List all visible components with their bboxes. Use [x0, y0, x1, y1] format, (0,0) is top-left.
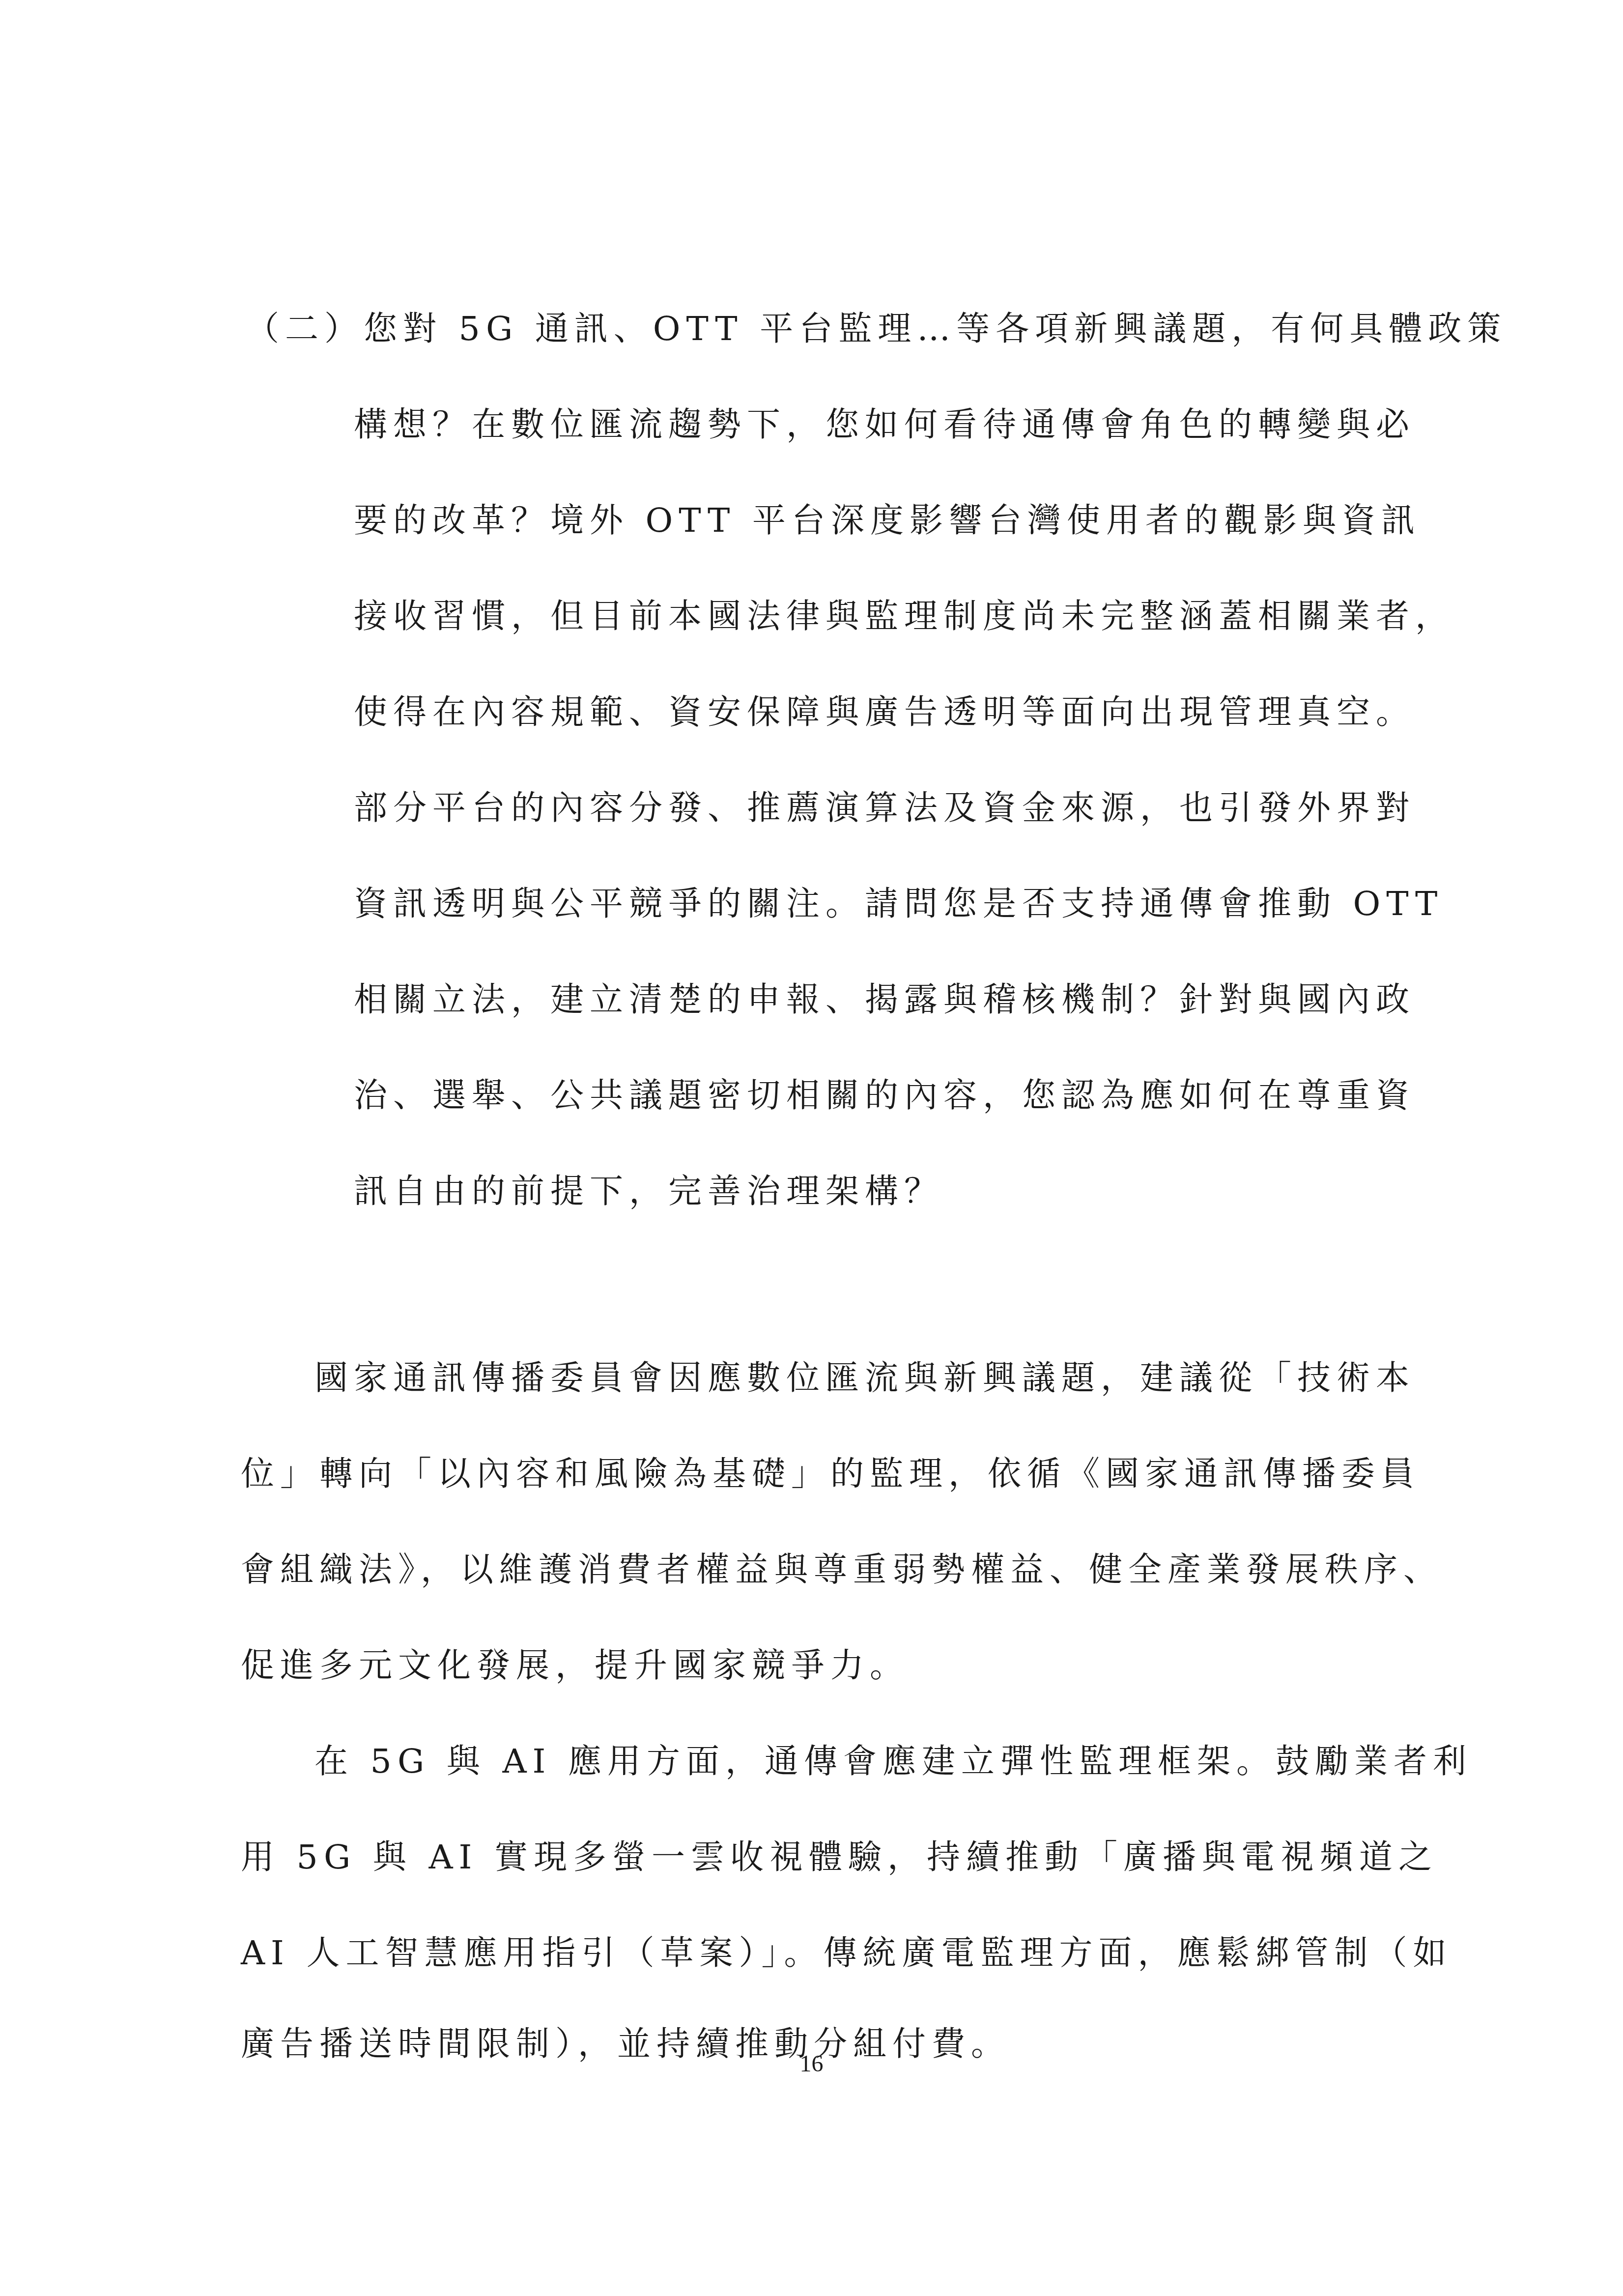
question-line: 接收習慣，但目前本國法律與監理制度尚未完整涵蓋相關業者， [354, 592, 1454, 641]
question-line: （二）您對 5G 通訊、OTT 平台監理…等各項新興議題，有何具體政策 [246, 305, 1507, 354]
answer-line: AI 人工智慧應用指引（草案）」。傳統廣電監理方面，應鬆綁管制（如 [241, 1929, 1452, 1978]
question-line: 要的改革？境外 OTT 平台深度影響台灣使用者的觀影與資訊 [354, 496, 1421, 545]
question-line: 相關立法，建立清楚的申報、揭露與稽核機制？針對與國內政 [354, 976, 1415, 1025]
question-line: 資訊透明與公平競爭的關注。請問您是否支持通傳會推動 OTT [354, 880, 1443, 929]
answer-line: 國家通訊傳播委員會因應數位匯流與新興議題，建議從「技術本 [314, 1354, 1415, 1403]
question-line: 使得在內容規範、資安保障與廣告透明等面向出現管理真空。 [354, 688, 1415, 737]
question-line: 治、選舉、公共議題密切相關的內容，您認為應如何在尊重資 [354, 1071, 1415, 1120]
question-line: 訊自由的前提下，完善治理架構？ [354, 1167, 943, 1216]
page-number: 16 [0, 2049, 1623, 2079]
answer-line: 會組織法》，以維護消費者權益與尊重弱勢權益、健全產業發展秩序、 [241, 1546, 1443, 1595]
answer-line: 促進多元文化發展，提升國家競爭力。 [241, 1641, 909, 1691]
answer-line: 位」轉向「以內容和風險為基礎」的監理，依循《國家通訊傳播委員 [241, 1450, 1420, 1499]
answer-line: 在 5G 與 AI 應用方面，通傳會應建立彈性監理框架。鼓勵業者利 [314, 1737, 1472, 1786]
answer-line: 用 5G 與 AI 實現多螢一雲收視體驗，持續推動「廣播與電視頻道之 [241, 1833, 1438, 1882]
question-line: 部分平台的內容分發、推薦演算法及資金來源，也引發外界對 [354, 784, 1415, 833]
document-page: （二）您對 5G 通訊、OTT 平台監理…等各項新興議題，有何具體政策 構想？在… [0, 0, 1623, 2296]
question-line: 構想？在數位匯流趨勢下，您如何看待通傳會角色的轉變與必 [354, 401, 1415, 450]
